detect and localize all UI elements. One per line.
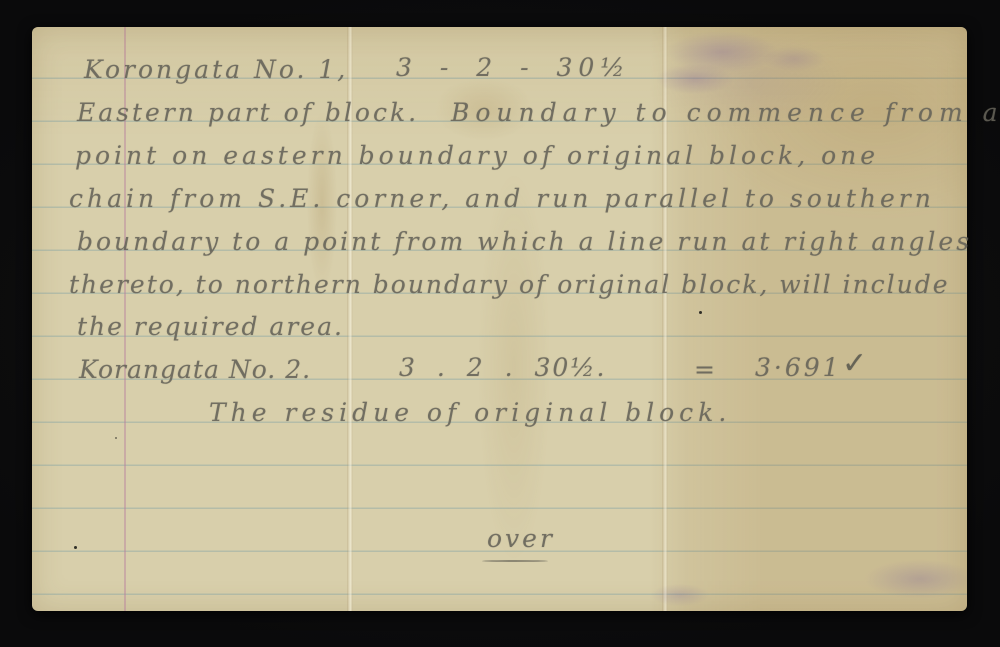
handwriting-line-7: the required area.	[77, 314, 344, 339]
photo-backdrop: Korongata No. 1, 3 - 2 - 30½ Eastern par…	[0, 0, 1000, 647]
handwriting-block-name-2: Korangata No. 2.	[79, 357, 311, 382]
handwriting-line-2a: Eastern part of block.	[77, 100, 419, 125]
check-mark-icon: ✓	[842, 349, 867, 379]
handwriting-measurement-1: 3 - 2 - 30½	[396, 55, 631, 80]
over-underline	[482, 560, 548, 562]
handwriting-line-5: boundary to a point from which a line ru…	[77, 229, 972, 254]
handwritten-note-paper: Korongata No. 1, 3 - 2 - 30½ Eastern par…	[32, 27, 967, 611]
handwriting-line-2b: Boundary to commence from a	[451, 100, 1000, 125]
handwriting-line-4: chain from S.E. corner, and run parallel…	[69, 186, 935, 211]
handwriting-total-value: 3·691	[755, 355, 842, 380]
handwriting-line-9: The residue of original block.	[209, 400, 731, 425]
paper-speck	[74, 546, 77, 549]
handwriting-line-3: point on eastern boundary of original bl…	[75, 143, 879, 168]
handwriting-block-name-1: Korongata No. 1,	[84, 57, 348, 82]
paper-speck	[115, 437, 117, 439]
paper-speck	[699, 311, 702, 314]
handwriting-equals-sign: =	[694, 357, 715, 382]
handwriting-measurement-2: 3 . 2 . 30½.	[399, 355, 606, 380]
handwriting-over-note: over	[487, 526, 555, 551]
handwriting-line-6: thereto, to northern boundary of origina…	[69, 272, 950, 297]
